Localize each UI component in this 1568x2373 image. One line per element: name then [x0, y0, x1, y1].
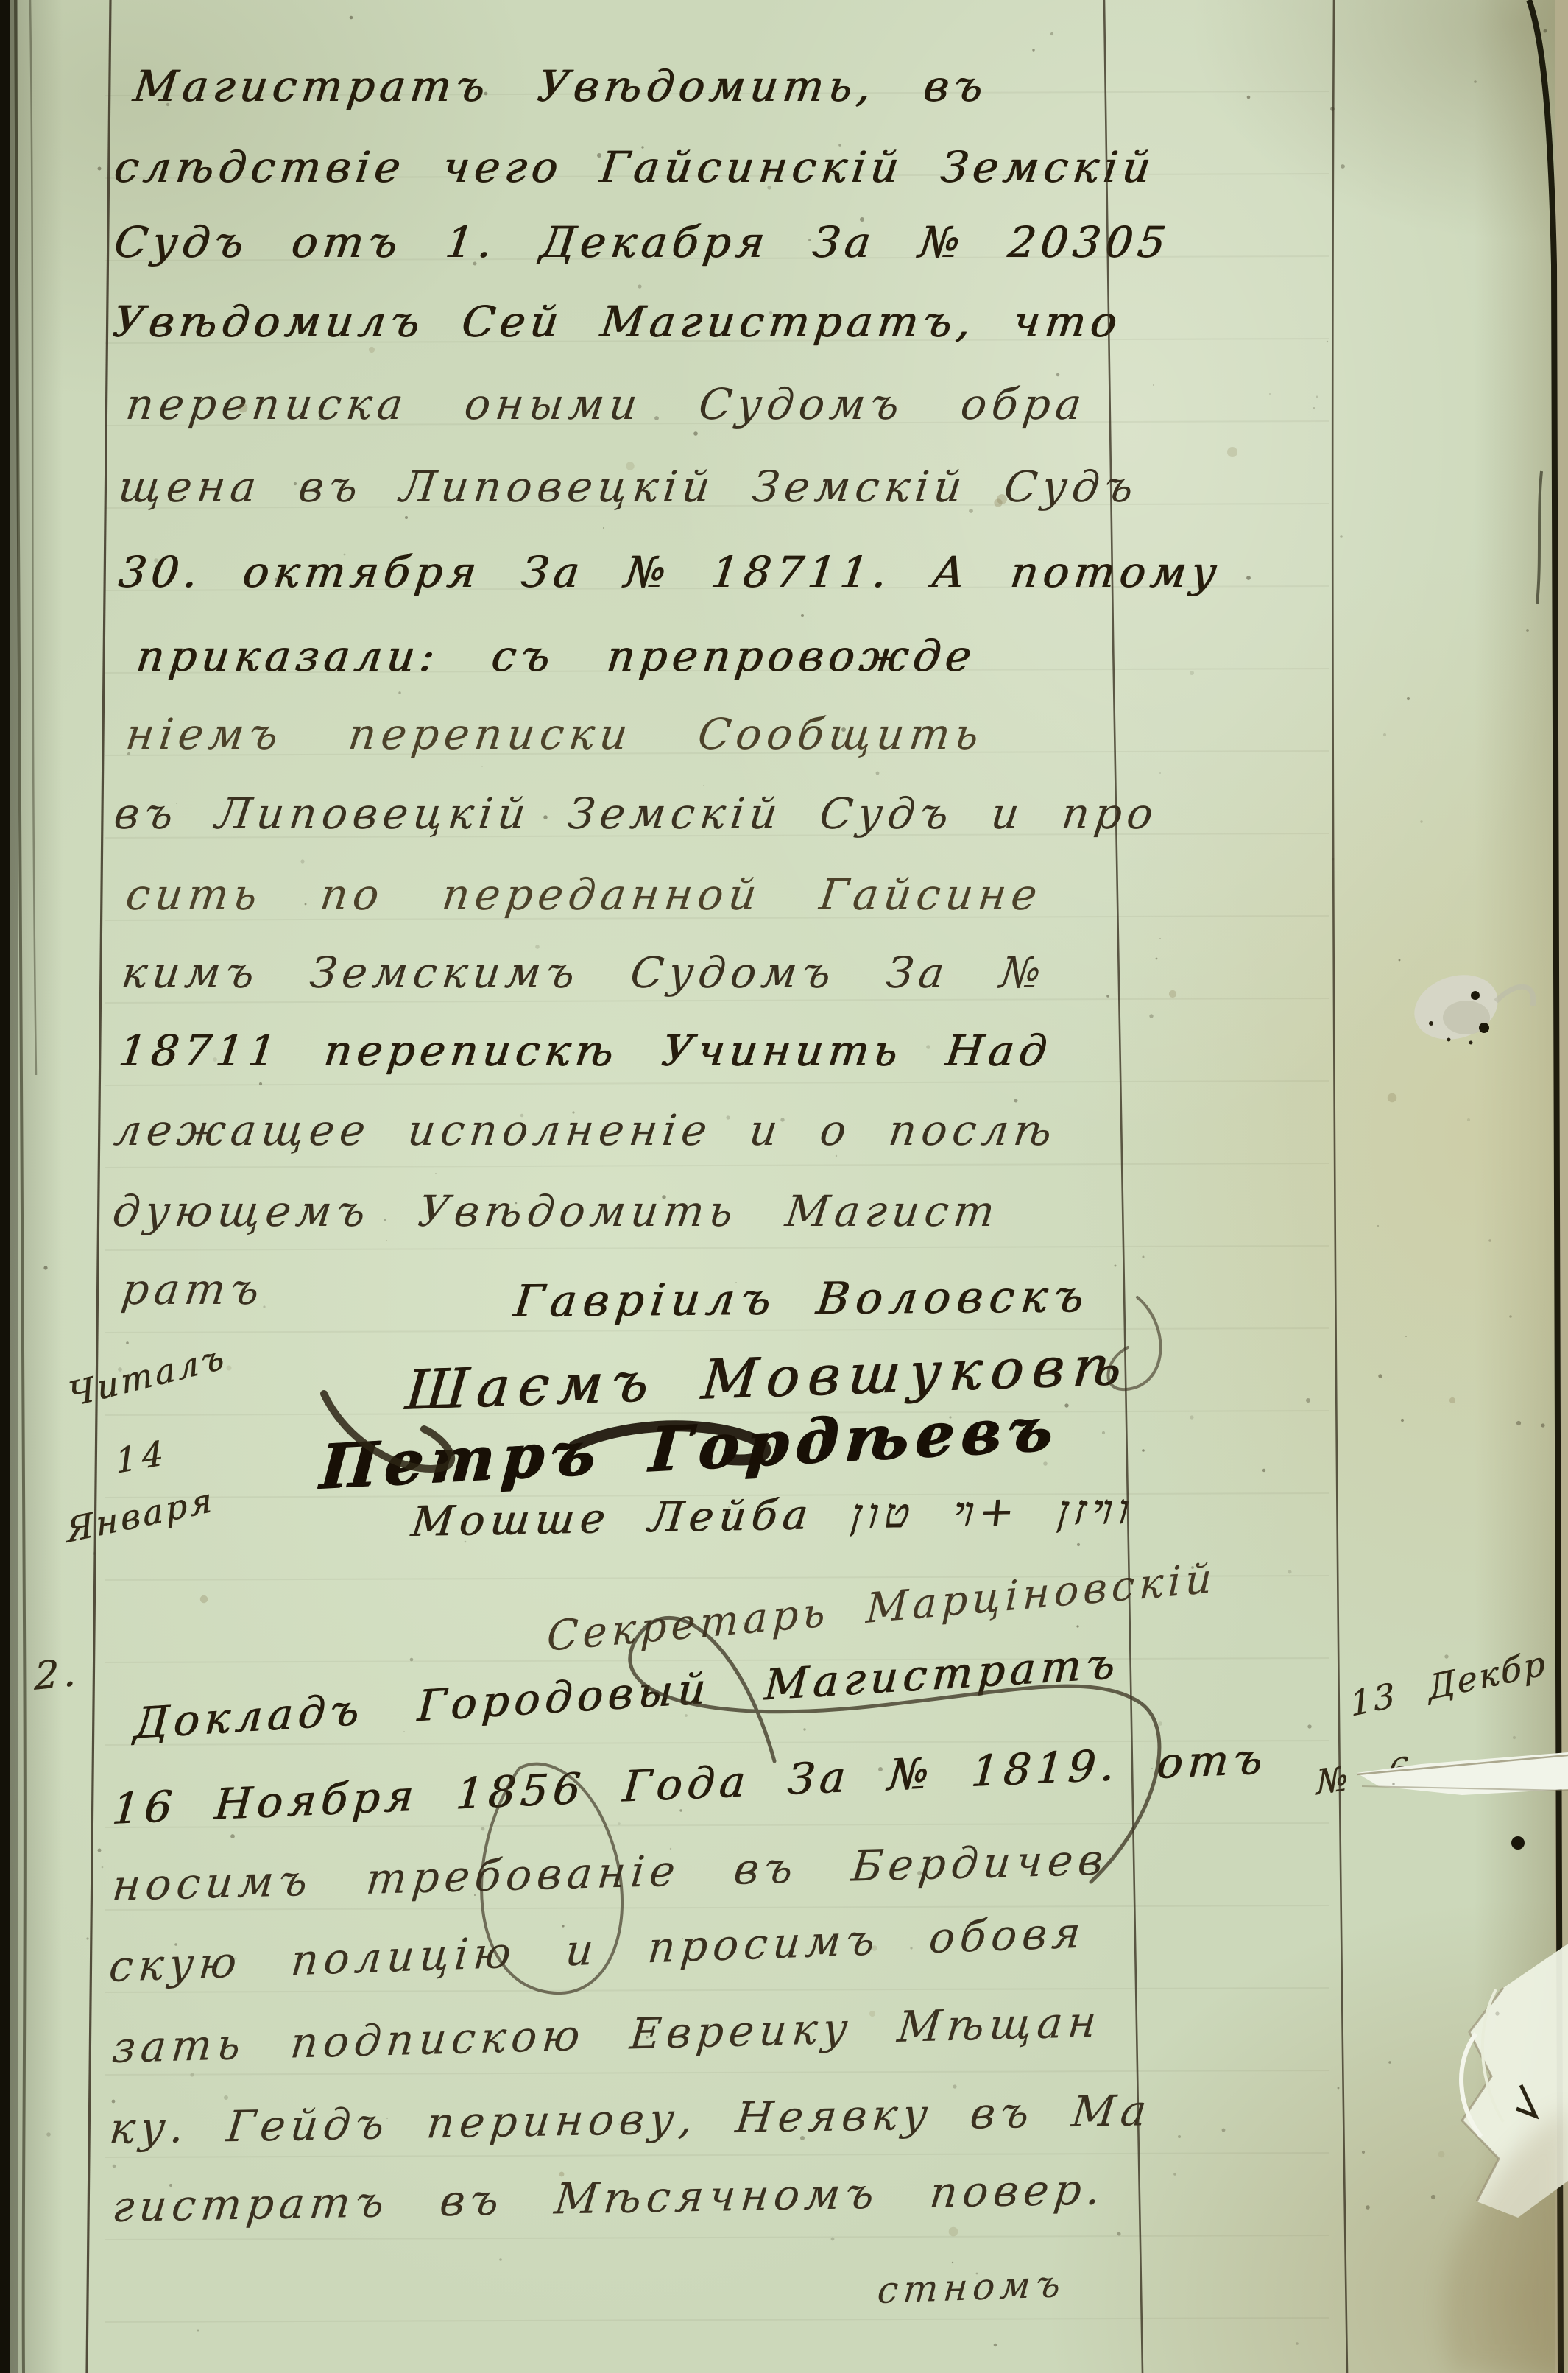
manuscript-line: Судъ отъ 1. Декабря За № 20305	[112, 221, 1173, 264]
manuscript-line: зать подпискою Евреику Мѣщан	[110, 2000, 1103, 2069]
manuscript-line: носимъ требованіе въ Бердичев	[110, 1838, 1110, 1907]
manuscript-line: кимъ Земскимъ Судомъ За №	[119, 951, 1048, 994]
margin-date: 13 Декбр	[1349, 1646, 1548, 1721]
manuscript-line: дующемъ Увѣдомить Магист	[110, 1190, 1002, 1233]
manuscript-line: сить по переданной Гайсине	[124, 873, 1045, 916]
signature: Мошше Лейба ןוט ױ+ ןזױו	[409, 1489, 1137, 1543]
manuscript-line: Магистратъ Увѣдомить, въ	[131, 65, 990, 107]
manuscript-line: ку. Гейдъ перинову, Неявку въ Ма	[107, 2089, 1154, 2150]
margin-note-day: 14	[115, 1435, 169, 1478]
catchword: стномъ	[876, 2266, 1067, 2309]
manuscript-line: щена въ Липовецкій Земскій Судъ	[116, 465, 1141, 508]
manuscript-line: ратъ	[119, 1268, 266, 1311]
manuscript-line: Увѣдомилъ Сей Магистратъ, что	[110, 300, 1124, 343]
signature-name: Мошше Лейба	[409, 1491, 816, 1546]
manuscript-line: ніемъ переписки Сообщить	[124, 713, 986, 755]
manuscript-line: переписка оными Судомъ обра	[124, 383, 1089, 426]
manuscript-line: въ Липовецкій Земскій Судъ и про	[112, 792, 1161, 835]
manuscript-line: приказали: съ препровожде	[134, 635, 978, 677]
entry-number: 2.	[34, 1653, 81, 1696]
margin-number: № 6	[1316, 1752, 1414, 1799]
manuscript-line: скую полицію и просимъ обовя	[107, 1911, 1087, 1988]
margin-note-read: Читалъ	[66, 1339, 227, 1412]
manuscript-line: Докладъ Городовый Магистратъ	[133, 1642, 1120, 1745]
manuscript-page: Магистратъ Увѣдомить, въ слѣдствіе чего …	[0, 0, 1568, 2373]
margin-note-month: Января	[65, 1482, 216, 1548]
handwriting-layer: Магистратъ Увѣдомить, въ слѣдствіе чего …	[0, 0, 1568, 2373]
manuscript-line: 18711 перепискѣ Учинить Над	[116, 1029, 1053, 1072]
manuscript-line: гистратъ въ Мѣсячномъ повер.	[110, 2168, 1107, 2228]
manuscript-line: 16 Ноября 1856 Года За № 1819. отъ	[110, 1737, 1268, 1830]
signature-hebrew-scrawl: ןוט ױ+ ןזױו	[849, 1486, 1137, 1539]
manuscript-line: слѣдствіе чего Гайсинскій Земскій	[112, 146, 1158, 188]
manuscript-line: 30. октября За № 18711. А потому	[116, 551, 1223, 593]
manuscript-line: лежащее исполненіе и о послѣ	[112, 1109, 1059, 1152]
official-name: Гавріилъ Воловскъ	[512, 1274, 1092, 1324]
